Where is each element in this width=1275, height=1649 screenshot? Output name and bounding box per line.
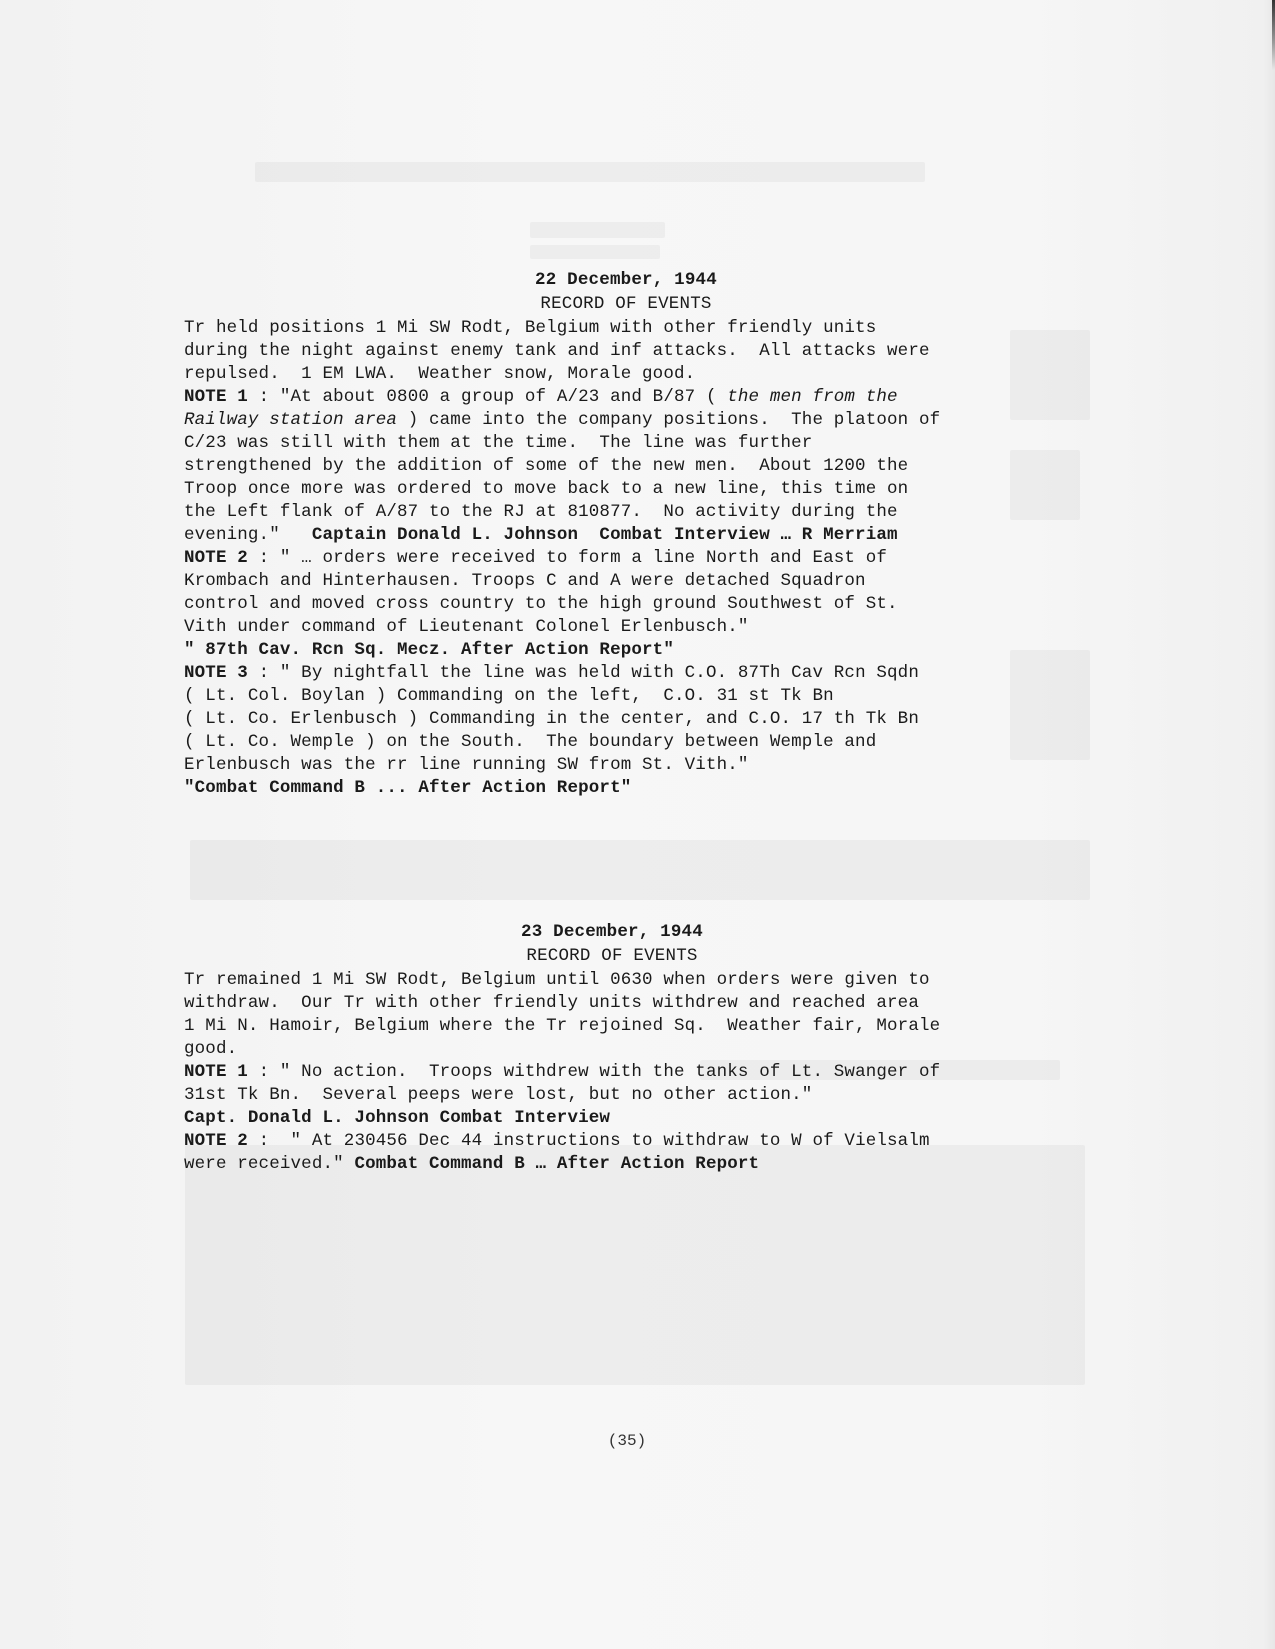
body-text: : " By nightfall the line was held with … [248, 663, 919, 683]
bleed-through [190, 840, 1090, 900]
body-text: ( Lt. Col. Boylan ) Commanding on the le… [184, 686, 834, 706]
bold-text: " 87th Cav. Rcn Sq. Mecz. After Action R… [184, 640, 674, 660]
entry-body: Tr remained 1 Mi SW Rodt, Belgium until … [184, 969, 1084, 1176]
text-line: NOTE 2 : " … orders were received to for… [184, 547, 1084, 570]
body-text: control and moved cross country to the h… [184, 594, 898, 614]
body-text: : " No action. Troops withdrew with the … [248, 1062, 940, 1082]
bold-text: NOTE 2 [184, 1131, 248, 1151]
text-line: NOTE 1 : "At about 0800 a group of A/23 … [184, 386, 1084, 409]
body-text: strengthened by the addition of some of … [184, 456, 908, 476]
bold-text: NOTE 3 [184, 663, 248, 683]
text-line: Tr remained 1 Mi SW Rodt, Belgium until … [184, 969, 1084, 992]
bleed-through [530, 245, 660, 259]
text-line: were received." Combat Command B … After… [184, 1153, 1084, 1176]
italic-text: Railway station area [184, 410, 397, 430]
text-line: Railway station area ) came into the com… [184, 409, 1084, 432]
italic-text: the men from the [727, 387, 897, 407]
body-text: Tr held positions 1 Mi SW Rodt, Belgium … [184, 318, 876, 338]
entry-date-heading: 23 December, 1944 [170, 920, 1054, 944]
text-line: NOTE 3 : " By nightfall the line was hel… [184, 662, 1084, 685]
text-line: 31st Tk Bn. Several peeps were lost, but… [184, 1084, 1084, 1107]
body-text: withdraw. Our Tr with other friendly uni… [184, 993, 919, 1013]
text-line: NOTE 2 : " At 230456 Dec 44 instructions… [184, 1130, 1084, 1153]
text-line: NOTE 1 : " No action. Troops withdrew wi… [184, 1061, 1084, 1084]
entry-body: Tr held positions 1 Mi SW Rodt, Belgium … [184, 317, 1084, 800]
bold-text: Captain Donald L. Johnson Combat Intervi… [301, 525, 898, 545]
text-line: Capt. Donald L. Johnson Combat Interview [184, 1107, 1084, 1130]
body-text: Erlenbusch was the rr line running SW fr… [184, 755, 749, 775]
body-text: during the night against enemy tank and … [184, 341, 930, 361]
bold-text: Combat Command B … After Action Report [354, 1154, 759, 1174]
text-line: " 87th Cav. Rcn Sq. Mecz. After Action R… [184, 639, 1084, 662]
body-text: ( Lt. Co. Erlenbusch ) Commanding in the… [184, 709, 919, 729]
record-of-events-heading: RECORD OF EVENTS [184, 292, 1068, 316]
body-text: repulsed. 1 EM LWA. Weather snow, Morale… [184, 364, 695, 384]
bold-text: NOTE 1 [184, 387, 248, 407]
page-edge-shadow [1263, 0, 1275, 1649]
document-page: 22 December, 1944 RECORD OF EVENTS Tr he… [0, 0, 1275, 1649]
bold-text: NOTE 1 [184, 1062, 248, 1082]
body-text: Troop once more was ordered to move back… [184, 479, 908, 499]
text-line: 1 Mi N. Hamoir, Belgium where the Tr rej… [184, 1015, 1084, 1038]
text-line: strengthened by the addition of some of … [184, 455, 1084, 478]
text-line: the Left flank of A/87 to the RJ at 8108… [184, 501, 1084, 524]
text-line: ( Lt. Col. Boylan ) Commanding on the le… [184, 685, 1084, 708]
text-line: C/23 was still with them at the time. Th… [184, 432, 1084, 455]
body-text: : " At 230456 Dec 44 instructions to wit… [248, 1131, 930, 1151]
bold-text: Capt. Donald L. Johnson Combat Interview [184, 1108, 610, 1128]
text-line: withdraw. Our Tr with other friendly uni… [184, 992, 1084, 1015]
text-line: repulsed. 1 EM LWA. Weather snow, Morale… [184, 363, 1084, 386]
text-line: control and moved cross country to the h… [184, 593, 1084, 616]
body-text: : " … orders were received to form a lin… [248, 548, 887, 568]
body-text: were received." [184, 1154, 354, 1174]
body-text: : "At about 0800 a group of A/23 and B/8… [248, 387, 727, 407]
bleed-through [185, 1145, 1085, 1385]
text-line: ( Lt. Co. Wemple ) on the South. The bou… [184, 731, 1084, 754]
body-text: ) came into the company positions. The p… [397, 410, 940, 430]
body-text: good. [184, 1039, 237, 1059]
entry-22-december: 22 December, 1944 RECORD OF EVENTS Tr he… [184, 268, 1084, 800]
text-line: evening." Captain Donald L. Johnson Comb… [184, 524, 1084, 547]
bold-text: "Combat Command B ... After Action Repor… [184, 778, 631, 798]
body-text: Krombach and Hinterhausen. Troops C and … [184, 571, 866, 591]
bold-text: NOTE 2 [184, 548, 248, 568]
body-text: C/23 was still with them at the time. Th… [184, 433, 812, 453]
record-of-events-heading: RECORD OF EVENTS [170, 944, 1054, 968]
text-line: during the night against enemy tank and … [184, 340, 1084, 363]
bleed-through [255, 162, 925, 182]
text-line: good. [184, 1038, 1084, 1061]
body-text: 31st Tk Bn. Several peeps were lost, but… [184, 1085, 812, 1105]
body-text: the Left flank of A/87 to the RJ at 8108… [184, 502, 898, 522]
text-line: Vith under command of Lieutenant Colonel… [184, 616, 1084, 639]
body-text: ( Lt. Co. Wemple ) on the South. The bou… [184, 732, 876, 752]
text-line: Krombach and Hinterhausen. Troops C and … [184, 570, 1084, 593]
body-text: 1 Mi N. Hamoir, Belgium where the Tr rej… [184, 1016, 940, 1036]
page-number: (35) [0, 1431, 1254, 1451]
bleed-through [530, 222, 665, 238]
body-text: Vith under command of Lieutenant Colonel… [184, 617, 749, 637]
text-line: Erlenbusch was the rr line running SW fr… [184, 754, 1084, 777]
body-text: Tr remained 1 Mi SW Rodt, Belgium until … [184, 970, 930, 990]
entry-date-heading: 22 December, 1944 [184, 268, 1068, 292]
body-text: evening." [184, 525, 301, 545]
text-line: Troop once more was ordered to move back… [184, 478, 1084, 501]
entry-23-december: 23 December, 1944 RECORD OF EVENTS Tr re… [184, 920, 1084, 1176]
text-line: Tr held positions 1 Mi SW Rodt, Belgium … [184, 317, 1084, 340]
text-line: ( Lt. Co. Erlenbusch ) Commanding in the… [184, 708, 1084, 731]
text-line: "Combat Command B ... After Action Repor… [184, 777, 1084, 800]
